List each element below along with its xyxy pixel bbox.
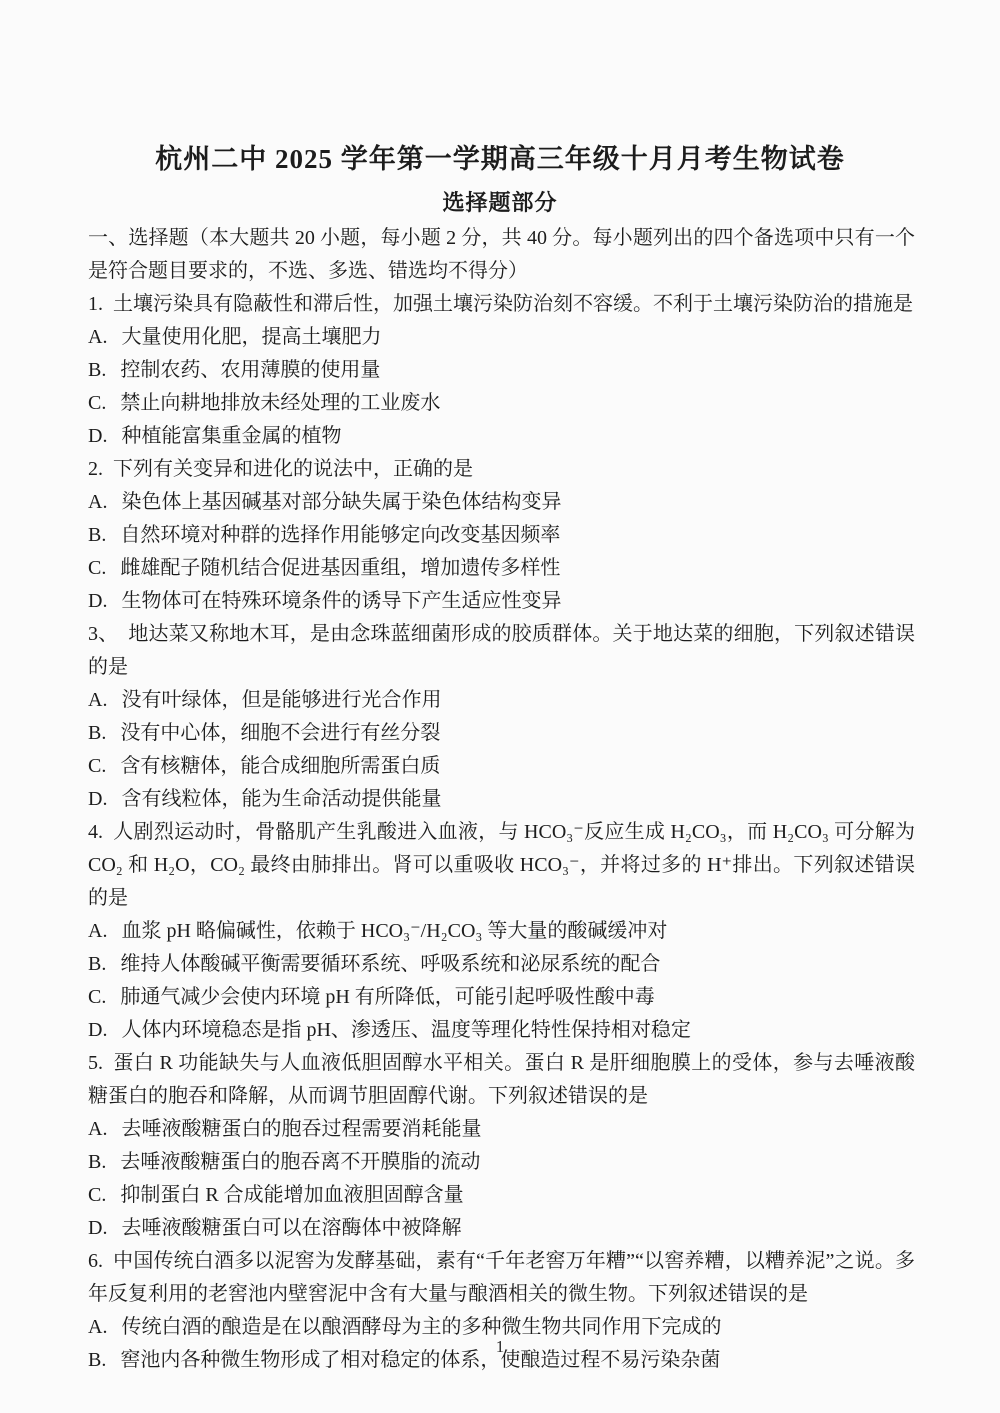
option-label: B. xyxy=(88,359,106,381)
option-text: 染色体上基因碱基对部分缺失属于染色体结构变异 xyxy=(121,491,561,513)
option-label: A. xyxy=(88,1316,107,1338)
question-4: 4.人剧烈运动时，骨骼肌产生乳酸进入血液，与 HCO₃⁻反应生成 H₂CO₃，而… xyxy=(88,816,915,1047)
option-text: 维持人体酸碱平衡需要循环系统、呼吸系统和泌尿系统的配合 xyxy=(120,953,660,975)
option-label: B. xyxy=(88,953,106,975)
option-text: 生物体可在特殊环境条件的诱导下产生适应性变异 xyxy=(121,590,561,612)
option-label: D. xyxy=(88,425,107,447)
option-b: B.维持人体酸碱平衡需要循环系统、呼吸系统和泌尿系统的配合 xyxy=(88,948,915,981)
paper-title: 杭州二中 2025 学年第一学期高三年级十月月考生物试卷 xyxy=(0,140,1000,178)
option-text: 含有线粒体，能为生命活动提供能量 xyxy=(121,788,441,810)
question-stem-text: 中国传统白酒多以泥窖为发酵基础，素有“千年老窖万年糟”“以窖养糟，以糟养泥”之说… xyxy=(88,1250,915,1305)
option-b: B.自然环境对种群的选择作用能够定向改变基因频率 xyxy=(88,519,915,552)
option-label: B. xyxy=(88,1151,106,1173)
question-stem: 2.下列有关变异和进化的说法中，正确的是 xyxy=(88,453,915,486)
option-label: D. xyxy=(88,1217,107,1239)
question-2: 2.下列有关变异和进化的说法中，正确的是 A.染色体上基因碱基对部分缺失属于染色… xyxy=(88,453,915,618)
question-stem: 6.中国传统白酒多以泥窖为发酵基础，素有“千年老窖万年糟”“以窖养糟，以糟养泥”… xyxy=(88,1245,915,1311)
option-c: C.肺通气减少会使内环境 pH 有所降低，可能引起呼吸性酸中毒 xyxy=(88,981,915,1014)
question-stem-text: 地达菜又称地木耳，是由念珠蓝细菌形成的胶质群体。关于地达菜的细胞，下列叙述错误的… xyxy=(88,623,915,678)
option-label: C. xyxy=(88,392,106,414)
question-stem: 1.土壤污染具有隐蔽性和滞后性，加强土壤污染防治刻不容缓。不利于土壤污染防治的措… xyxy=(88,288,915,321)
option-b: B.去唾液酸糖蛋白的胞吞离不开膜脂的流动 xyxy=(88,1146,915,1179)
option-a: A.染色体上基因碱基对部分缺失属于染色体结构变异 xyxy=(88,486,915,519)
option-text: 种植能富集重金属的植物 xyxy=(121,425,341,447)
question-number: 6. xyxy=(88,1250,103,1272)
option-a: A.去唾液酸糖蛋白的胞吞过程需要消耗能量 xyxy=(88,1113,915,1146)
option-label: C. xyxy=(88,986,106,1008)
option-text: 控制农药、农用薄膜的使用量 xyxy=(120,359,380,381)
question-1: 1.土壤污染具有隐蔽性和滞后性，加强土壤污染防治刻不容缓。不利于土壤污染防治的措… xyxy=(88,288,915,453)
option-c: C.禁止向耕地排放未经处理的工业废水 xyxy=(88,387,915,420)
option-text: 传统白酒的酿造是在以酿酒酵母为主的多种微生物共同作用下完成的 xyxy=(121,1316,721,1338)
question-3: 3、地达菜又称地木耳，是由念珠蓝细菌形成的胶质群体。关于地达菜的细胞，下列叙述错… xyxy=(88,618,915,816)
question-6: 6.中国传统白酒多以泥窖为发酵基础，素有“千年老窖万年糟”“以窖养糟，以糟养泥”… xyxy=(88,1245,915,1377)
question-stem-text: 土壤污染具有隐蔽性和滞后性，加强土壤污染防治刻不容缓。不利于土壤污染防治的措施是 xyxy=(113,293,913,315)
option-text: 抑制蛋白 R 合成能增加血液胆固醇含量 xyxy=(120,1184,463,1206)
question-stem: 4.人剧烈运动时，骨骼肌产生乳酸进入血液，与 HCO₃⁻反应生成 H₂CO₃，而… xyxy=(88,816,915,915)
question-stem: 3、地达菜又称地木耳，是由念珠蓝细菌形成的胶质群体。关于地达菜的细胞，下列叙述错… xyxy=(88,618,915,684)
question-number: 3、 xyxy=(88,623,118,645)
option-text: 肺通气减少会使内环境 pH 有所降低，可能引起呼吸性酸中毒 xyxy=(120,986,654,1008)
option-label: A. xyxy=(88,326,107,348)
option-text: 自然环境对种群的选择作用能够定向改变基因频率 xyxy=(120,524,560,546)
option-d: D.种植能富集重金属的植物 xyxy=(88,420,915,453)
option-text: 没有叶绿体，但是能够进行光合作用 xyxy=(121,689,441,711)
question-number: 2. xyxy=(88,458,103,480)
option-c: C.雌雄配子随机结合促进基因重组，增加遗传多样性 xyxy=(88,552,915,585)
option-text: 去唾液酸糖蛋白的胞吞离不开膜脂的流动 xyxy=(120,1151,480,1173)
option-text: 人体内环境稳态是指 pH、渗透压、温度等理化特性保持相对稳定 xyxy=(121,1019,690,1041)
option-label: B. xyxy=(88,524,106,546)
option-label: D. xyxy=(88,590,107,612)
option-b: B.没有中心体，细胞不会进行有丝分裂 xyxy=(88,717,915,750)
option-c: C.含有核糖体，能合成细胞所需蛋白质 xyxy=(88,750,915,783)
option-label: D. xyxy=(88,788,107,810)
option-c: C.抑制蛋白 R 合成能增加血液胆固醇含量 xyxy=(88,1179,915,1212)
option-d: D.人体内环境稳态是指 pH、渗透压、温度等理化特性保持相对稳定 xyxy=(88,1014,915,1047)
question-number: 1. xyxy=(88,293,103,315)
option-b: B.控制农药、农用薄膜的使用量 xyxy=(88,354,915,387)
option-d: D.含有线粒体，能为生命活动提供能量 xyxy=(88,783,915,816)
option-label: D. xyxy=(88,1019,107,1041)
option-text: 大量使用化肥，提高土壤肥力 xyxy=(121,326,381,348)
paper-section-heading: 选择题部分 xyxy=(0,186,1000,220)
section-intro: 一、选择题（本大题共 20 小题，每小题 2 分，共 40 分。每小题列出的四个… xyxy=(88,222,915,288)
option-a: A.没有叶绿体，但是能够进行光合作用 xyxy=(88,684,915,717)
option-label: A. xyxy=(88,920,107,942)
question-number: 4. xyxy=(88,821,103,843)
option-text: 含有核糖体，能合成细胞所需蛋白质 xyxy=(120,755,440,777)
option-text: 禁止向耕地排放未经处理的工业废水 xyxy=(120,392,440,414)
option-d: D.去唾液酸糖蛋白可以在溶酶体中被降解 xyxy=(88,1212,915,1245)
option-label: A. xyxy=(88,1118,107,1140)
question-number: 5. xyxy=(88,1052,103,1074)
question-stem-text: 蛋白 R 功能缺失与人血液低胆固醇水平相关。蛋白 R 是肝细胞膜上的受体，参与去… xyxy=(88,1052,915,1107)
option-label: B. xyxy=(88,722,106,744)
question-5: 5.蛋白 R 功能缺失与人血液低胆固醇水平相关。蛋白 R 是肝细胞膜上的受体，参… xyxy=(88,1047,915,1245)
exam-paper-page: 杭州二中 2025 学年第一学期高三年级十月月考生物试卷 选择题部分 一、选择题… xyxy=(0,0,1000,1413)
option-text: 去唾液酸糖蛋白可以在溶酶体中被降解 xyxy=(121,1217,461,1239)
option-label: C. xyxy=(88,755,106,777)
question-stem: 5.蛋白 R 功能缺失与人血液低胆固醇水平相关。蛋白 R 是肝细胞膜上的受体，参… xyxy=(88,1047,915,1113)
option-a: A.血浆 pH 略偏碱性，依赖于 HCO₃⁻/H₂CO₃ 等大量的酸碱缓冲对 xyxy=(88,915,915,948)
option-text: 血浆 pH 略偏碱性，依赖于 HCO₃⁻/H₂CO₃ 等大量的酸碱缓冲对 xyxy=(121,920,667,942)
option-a: A.大量使用化肥，提高土壤肥力 xyxy=(88,321,915,354)
question-stem-text: 下列有关变异和进化的说法中，正确的是 xyxy=(113,458,473,480)
option-label: A. xyxy=(88,491,107,513)
option-text: 去唾液酸糖蛋白的胞吞过程需要消耗能量 xyxy=(121,1118,481,1140)
option-text: 雌雄配子随机结合促进基因重组，增加遗传多样性 xyxy=(120,557,560,579)
page-number: 1 xyxy=(0,1337,1000,1357)
paper-body: 一、选择题（本大题共 20 小题，每小题 2 分，共 40 分。每小题列出的四个… xyxy=(0,222,1000,1377)
question-stem-text: 人剧烈运动时，骨骼肌产生乳酸进入血液，与 HCO₃⁻反应生成 H₂CO₃，而 H… xyxy=(88,821,915,909)
option-text: 没有中心体，细胞不会进行有丝分裂 xyxy=(120,722,440,744)
option-label: C. xyxy=(88,557,106,579)
option-d: D.生物体可在特殊环境条件的诱导下产生适应性变异 xyxy=(88,585,915,618)
option-label: A. xyxy=(88,689,107,711)
option-label: C. xyxy=(88,1184,106,1206)
